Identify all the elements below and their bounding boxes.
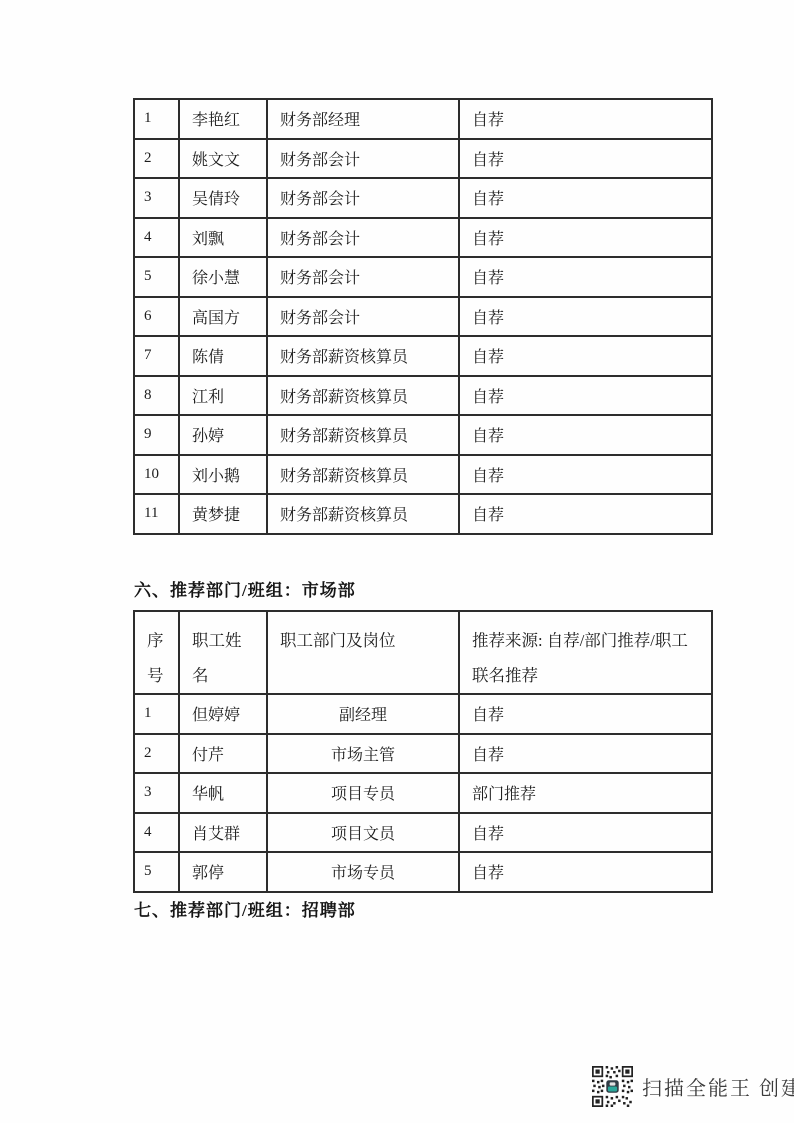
cell-serial: 2: [134, 734, 179, 774]
cell-position: 财务部会计: [267, 257, 459, 297]
cell-serial: 9: [134, 415, 179, 455]
cell-serial: 1: [134, 694, 179, 734]
cell-serial: 3: [134, 178, 179, 218]
cell-position: 项目专员: [267, 773, 459, 813]
cell-serial: 5: [134, 257, 179, 297]
cell-source: 自荐: [459, 415, 712, 455]
table-row: 5 郭停 市场专员 自荐: [134, 852, 712, 892]
cell-name: 但婷婷: [179, 694, 267, 734]
table-row: 4 刘飘 财务部会计 自荐: [134, 218, 712, 258]
table-row: 9 孙婷 财务部薪资核算员 自荐: [134, 415, 712, 455]
cell-position: 财务部经理: [267, 99, 459, 139]
cell-name: 黄梦捷: [179, 494, 267, 534]
cell-serial: 2: [134, 139, 179, 179]
cell-source: 自荐: [459, 139, 712, 179]
cell-source: 自荐: [459, 494, 712, 534]
cell-name: 吴倩玲: [179, 178, 267, 218]
table-row: 1 李艳红 财务部经理 自荐: [134, 99, 712, 139]
cell-position: 财务部会计: [267, 297, 459, 337]
cell-serial: 3: [134, 773, 179, 813]
cell-serial: 1: [134, 99, 179, 139]
cell-source: 自荐: [459, 218, 712, 258]
cell-position: 财务部会计: [267, 178, 459, 218]
cell-name: 刘飘: [179, 218, 267, 258]
cell-name: 李艳红: [179, 99, 267, 139]
cell-source: 自荐: [459, 99, 712, 139]
finance-roster-table: 1 李艳红 财务部经理 自荐 2 姚文文 财务部会计 自荐 3 吴倩玲 财务部会…: [133, 98, 713, 535]
table-row: 5 徐小慧 财务部会计 自荐: [134, 257, 712, 297]
cell-source: 自荐: [459, 813, 712, 853]
cell-source: 自荐: [459, 336, 712, 376]
cell-source: 自荐: [459, 257, 712, 297]
table-row: 3 华帆 项目专员 部门推荐: [134, 773, 712, 813]
cell-position: 财务部薪资核算员: [267, 336, 459, 376]
cell-source: 自荐: [459, 852, 712, 892]
scanner-credit-label: 扫描全能王 创建: [642, 1072, 794, 1101]
cell-name: 郭停: [179, 852, 267, 892]
cell-position: 财务部薪资核算员: [267, 376, 459, 416]
cell-serial: 4: [134, 813, 179, 853]
table-row: 4 肖艾群 项目文员 自荐: [134, 813, 712, 853]
col-header-position: 职工部门及岗位: [267, 611, 459, 694]
cell-position: 财务部薪资核算员: [267, 455, 459, 495]
table-row: 2 姚文文 财务部会计 自荐: [134, 139, 712, 179]
cell-position: 财务部会计: [267, 139, 459, 179]
cell-position: 副经理: [267, 694, 459, 734]
table-row: 11 黄梦捷 财务部薪资核算员 自荐: [134, 494, 712, 534]
cell-position: 项目文员: [267, 813, 459, 853]
cell-source: 自荐: [459, 694, 712, 734]
cell-name: 刘小鹅: [179, 455, 267, 495]
table-row: 8 江利 财务部薪资核算员 自荐: [134, 376, 712, 416]
cell-source: 自荐: [459, 178, 712, 218]
camscanner-qr-code-icon: [592, 1066, 633, 1107]
cell-source: 自荐: [459, 734, 712, 774]
cell-serial: 11: [134, 494, 179, 534]
cell-name: 徐小慧: [179, 257, 267, 297]
cell-serial: 10: [134, 455, 179, 495]
col-header-serial: 序号: [134, 611, 179, 694]
cell-name: 陈倩: [179, 336, 267, 376]
col-header-name: 职工姓名: [179, 611, 267, 694]
cell-serial: 8: [134, 376, 179, 416]
section-heading-recruitment: 七、推荐部门/班组：招聘部: [134, 896, 356, 921]
cell-position: 财务部薪资核算员: [267, 494, 459, 534]
table-row: 3 吴倩玲 财务部会计 自荐: [134, 178, 712, 218]
cell-source: 自荐: [459, 376, 712, 416]
cell-position: 财务部薪资核算员: [267, 415, 459, 455]
cell-serial: 4: [134, 218, 179, 258]
table-row: 7 陈倩 财务部薪资核算员 自荐: [134, 336, 712, 376]
cell-position: 市场主管: [267, 734, 459, 774]
cell-source: 自荐: [459, 297, 712, 337]
cell-name: 江利: [179, 376, 267, 416]
cell-name: 孙婷: [179, 415, 267, 455]
table-row: 2 付芹 市场主管 自荐: [134, 734, 712, 774]
cell-name: 高国方: [179, 297, 267, 337]
section-heading-market: 六、推荐部门/班组：市场部: [134, 576, 356, 601]
col-header-source: 推荐来源: 自荐/部门推荐/职工联名推荐: [459, 611, 712, 694]
cell-name: 肖艾群: [179, 813, 267, 853]
scanner-credit: 扫描全能王 创建: [592, 1066, 794, 1107]
table-header-row: 序号 职工姓名 职工部门及岗位 推荐来源: 自荐/部门推荐/职工联名推荐: [134, 611, 712, 694]
cell-serial: 5: [134, 852, 179, 892]
table-row: 6 高国方 财务部会计 自荐: [134, 297, 712, 337]
document-page: 1 李艳红 财务部经理 自荐 2 姚文文 财务部会计 自荐 3 吴倩玲 财务部会…: [0, 0, 794, 1123]
table-row: 10 刘小鹅 财务部薪资核算员 自荐: [134, 455, 712, 495]
cell-name: 华帆: [179, 773, 267, 813]
cell-serial: 7: [134, 336, 179, 376]
cell-name: 姚文文: [179, 139, 267, 179]
table-row: 1 但婷婷 副经理 自荐: [134, 694, 712, 734]
market-roster-table: 序号 职工姓名 职工部门及岗位 推荐来源: 自荐/部门推荐/职工联名推荐 1 但…: [133, 610, 713, 893]
cell-name: 付芹: [179, 734, 267, 774]
cell-position: 财务部会计: [267, 218, 459, 258]
cell-source: 自荐: [459, 455, 712, 495]
cell-position: 市场专员: [267, 852, 459, 892]
cell-serial: 6: [134, 297, 179, 337]
cell-source: 部门推荐: [459, 773, 712, 813]
